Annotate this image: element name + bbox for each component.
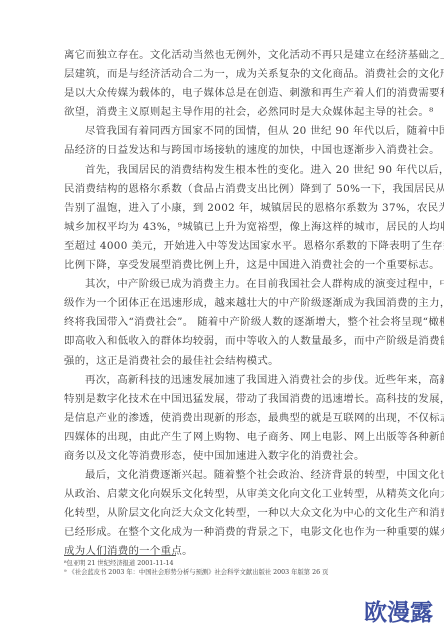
text-line: 终将我国带入“消费社会”。 随着中产阶级人数的逐渐增大，整个社会将呈现“橄榄型”… [64, 313, 380, 332]
text-line: 最后，文化消费逐渐兴起。随着整个社会政治、经济背景的转型，中国文化也正在 [64, 466, 380, 485]
text-line: 商务以及文化等消费形态，使中国加速进入数字化的消费社会。 [64, 447, 380, 466]
watermark-logo: 欧漫露 [364, 594, 433, 627]
footnotes: ⁸包亚明 21 世纪经济报道 2001-11-14 ⁹ 《社会蓝皮书 2003 … [64, 555, 394, 577]
text-line: 比例下降，享受发展型消费比例上升，这是中国进入消费社会的一个重要标志。 [64, 256, 380, 275]
text-line: 级作为一个团体正在迅速形成，越来越壮大的中产阶级逐渐成为我国消费的主力，并最 [64, 294, 380, 313]
text-line: 即高收入和低收入的群体均较弱，而中等收入的人数量最多，而中产阶级是消费能力最 [64, 332, 380, 351]
text-line: 再次，高新科技的迅速发展加速了我国进入消费社会的步伐。近些年来，高新技术 [64, 371, 380, 390]
text-line: 城乡加权平均为 43%，⁹城镇已上升为宽裕型，像上海这样的城市，居民的人均收入甚 [64, 218, 380, 237]
text-line: 强的，这正是消费社会的最佳社会结构模式。 [64, 352, 380, 371]
document-body: 离它而独立存在。文化活动当然也无例外，文化活动不再只是建立在经济基础之上的上层建… [64, 46, 380, 562]
text-line: 首先，我国居民的消费结构发生根本性的变化。进入 20 世纪 90 年代以后，反映… [64, 161, 380, 180]
text-line: 尽管我国有着同西方国家不同的国情，但从 20 世纪 90 年代以后，随着中国社会… [64, 122, 380, 141]
text-line: 化转型，从阶层文化向泛大众文化转型，一种以大众文化为中心的文化生产和消费机制 [64, 504, 380, 523]
footnote-8: ⁸包亚明 21 世纪经济报道 2001-11-14 [64, 559, 394, 568]
text-line: 是信息产业的渗透，使消费出现新的形态，最典型的就是互联网的出现，不仅标志着第 [64, 409, 380, 428]
text-line: 四媒体的出现，由此产生了网上购物、电子商务、网上电影、网上出版等各种新的生活、 [64, 428, 380, 447]
text-line: 品经济的日益发达和与跨国市场接轨的速度的加快，中国也逐渐步入消费社会。 [64, 141, 380, 160]
text-line: 已经形成。在整个文化成为一种消费的背景之下，电影文化也作为一种重要的媒介文化， [64, 523, 380, 542]
text-line: 其次，中产阶级已成为消费主力。在目前我国社会人群构成的演变过程中，中产阶 [64, 275, 380, 294]
text-line: 告别了温饱，进入了小康，到 2002 年，城镇居民的恩格尔系数为 37%，农民为… [64, 199, 380, 218]
text-line: 欲望，消费主义原则起主导作用的社会，必然同时是大众媒体起主导的社会。⁸ [64, 103, 380, 122]
text-line: 层建筑，而是与经济活动合二为一，成为关系复杂的文化商品。消费社会的文化形态， [64, 65, 380, 84]
text-line: 是以大众传媒为载体的，电子媒体总是在创造、刺激和再生产着人们的消费需要和消费 [64, 84, 380, 103]
footnote-9: ⁹ 《社会蓝皮书 2003 年：中国社会形势分析与预测》社会科学文献出版社 20… [64, 568, 394, 577]
text-line: 离它而独立存在。文化活动当然也无例外，文化活动不再只是建立在经济基础之上的上 [64, 46, 380, 65]
text-line: 民消费结构的恩格尔系数（食品占消费支出比例）降到了 50%一下，我国居民从总体上 [64, 180, 380, 199]
footnote-divider [64, 555, 176, 556]
text-line: 特别是数字化技术在中国迅猛发展，带动了我国消费的迅速增长。高科技的发展，特别 [64, 390, 380, 409]
text-line: 至超过 4000 美元，开始进入中等发达国家水平。恩格尔系数的下降表明了生存型消… [64, 237, 380, 256]
text-line: 从政治、启蒙文化向娱乐文化转型，从审美文化向文化工业转型，从精英文化向大众文 [64, 485, 380, 504]
